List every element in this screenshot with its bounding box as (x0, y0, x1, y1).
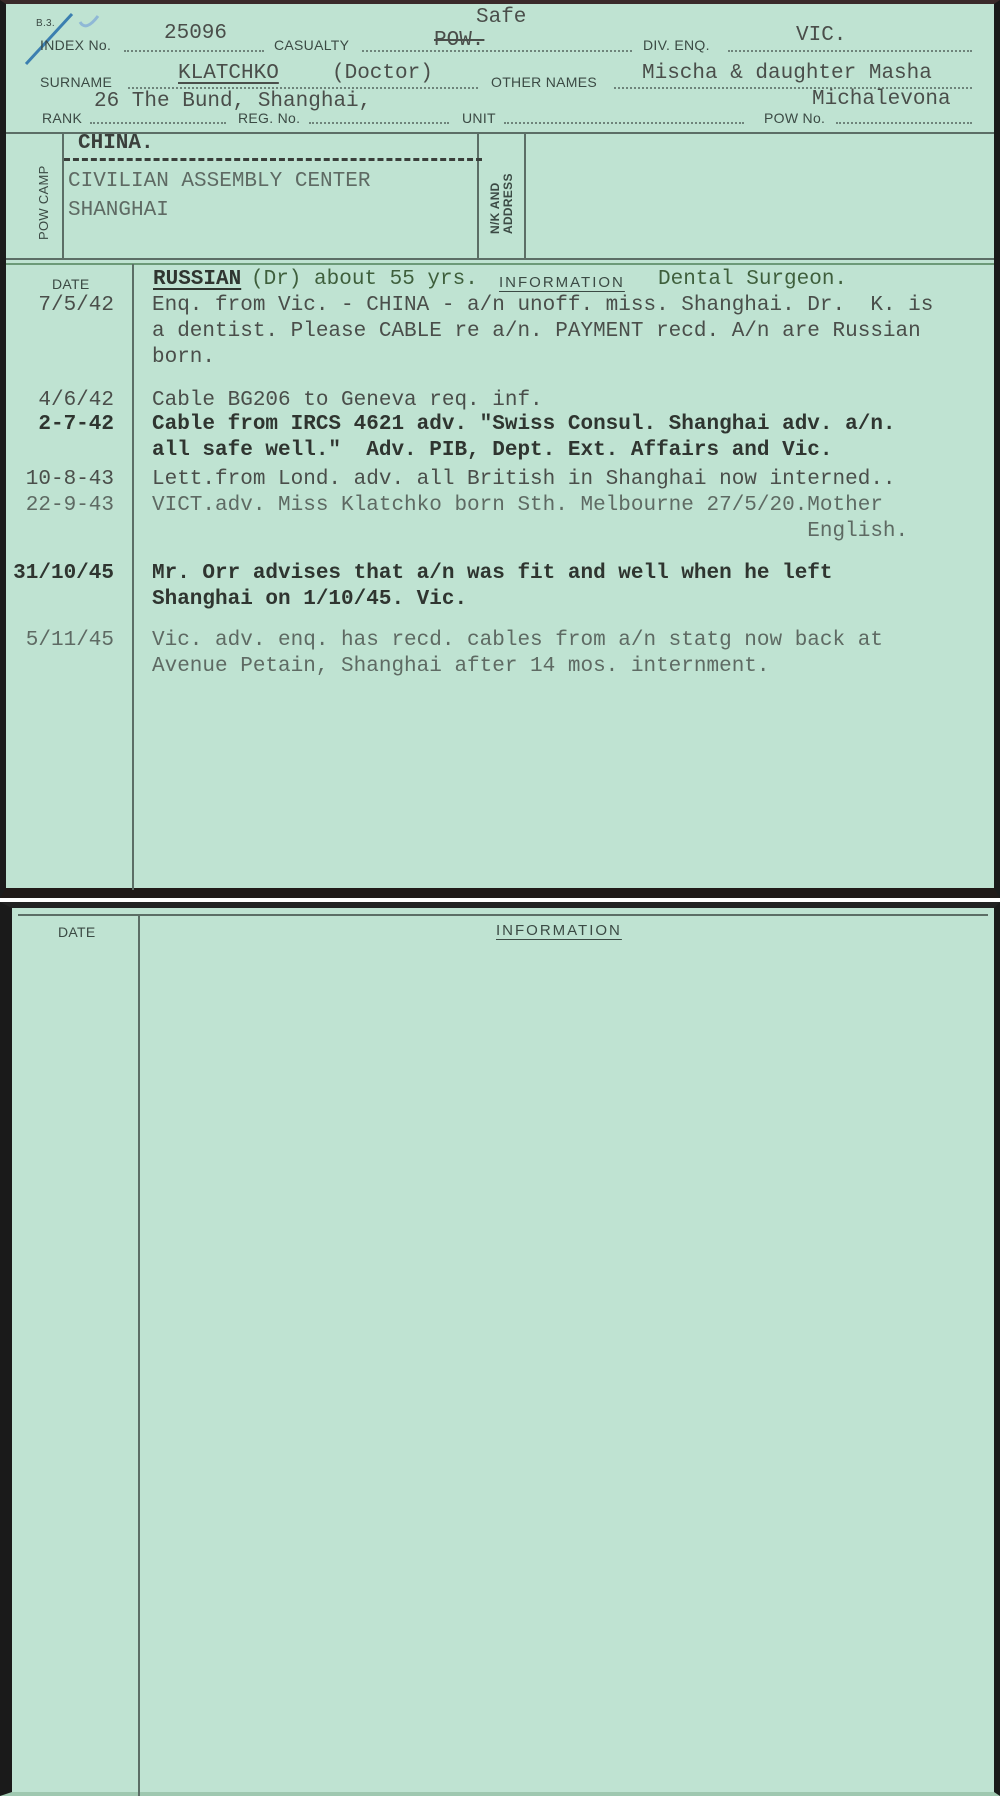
entry-text: Mr. Orr advises that a/n was fit and wel… (152, 562, 833, 585)
entry-text: Cable BG206 to Geneva req. inf. (152, 389, 543, 412)
nk-address-label: N/K AND ADDRESS (489, 173, 515, 234)
reg-no-label: REG. No. (238, 110, 300, 126)
entry-date: 22-9-43 (26, 494, 114, 517)
date-header: DATE (52, 276, 90, 292)
entry-date: 31/10/45 (13, 562, 114, 585)
casualty-label: CASUALTY (274, 37, 349, 53)
entry-text: Enq. from Vic. - CHINA - a/n unoff. miss… (152, 294, 933, 317)
pow-no-value: Michalevona (812, 88, 951, 111)
entry-text: Shanghai on 1/10/45. Vic. (152, 588, 467, 611)
casualty-annotation: Safe (476, 6, 526, 29)
pow-camp-country: CHINA. (78, 132, 154, 155)
entry-text: all safe well." Adv. PIB, Dept. Ext. Aff… (152, 439, 833, 462)
entry-text: Vic. adv. enq. has recd. cables from a/n… (152, 629, 883, 652)
entry-text: Lett.from Lond. adv. all British in Shan… (152, 468, 896, 491)
surname-value: KLATCHKO (178, 62, 279, 85)
entry-text: Cable from IRCS 4621 adv. "Swiss Consul.… (152, 413, 896, 436)
specialty-text: Dental Surgeon. (658, 268, 847, 291)
other-names-label: OTHER NAMES (491, 74, 597, 90)
rank-value: 26 The Bund, Shanghai, (94, 90, 371, 113)
entry-date: 5/11/45 (26, 629, 114, 652)
back-information-header: INFORMATION (496, 922, 622, 939)
index-card-back: DATE INFORMATION (0, 902, 1000, 1796)
pow-camp-label: POW CAMP (36, 165, 51, 240)
index-no-label: INDEX No. (40, 37, 111, 53)
surname-label: SURNAME (40, 74, 112, 90)
entry-text: VICT.adv. Miss Klatchko born Sth. Melbou… (152, 494, 883, 517)
div-enq-value: VIC. (796, 24, 846, 47)
entry-date: 4/6/42 (38, 389, 114, 412)
pow-camp-line1: CIVILIAN ASSEMBLY CENTER (68, 170, 370, 193)
entry-date: 7/5/42 (38, 294, 114, 317)
index-card-front: B.3. INDEX No. 25096 CASUALTY Safe POW. … (0, 0, 1000, 898)
entry-date: 10-8-43 (26, 468, 114, 491)
nationality-value: RUSSIAN (153, 268, 241, 291)
rank-label: RANK (42, 110, 82, 126)
entry-text: English. (152, 520, 908, 543)
entry-text: a dentist. Please CABLE re a/n. PAYMENT … (152, 320, 921, 343)
back-date-header: DATE (58, 924, 96, 940)
pow-no-label: POW No. (764, 110, 825, 126)
index-no-value: 25096 (164, 22, 227, 45)
intro-text: (Dr) about 55 yrs. (251, 268, 478, 291)
casualty-value: POW. (434, 29, 484, 52)
entry-text: Avenue Petain, Shanghai after 14 mos. in… (152, 655, 770, 678)
pow-camp-line2: SHANGHAI (68, 199, 169, 222)
other-names-value: Mischa & daughter Masha (642, 62, 932, 85)
div-enq-label: DIV. ENQ. (643, 37, 710, 53)
entry-text: born. (152, 346, 215, 369)
strike-line (64, 158, 482, 161)
entry-date: 2-7-42 (38, 413, 114, 436)
unit-label: UNIT (462, 110, 496, 126)
information-header: INFORMATION (499, 274, 625, 291)
surname-suffix: (Doctor) (332, 62, 433, 85)
